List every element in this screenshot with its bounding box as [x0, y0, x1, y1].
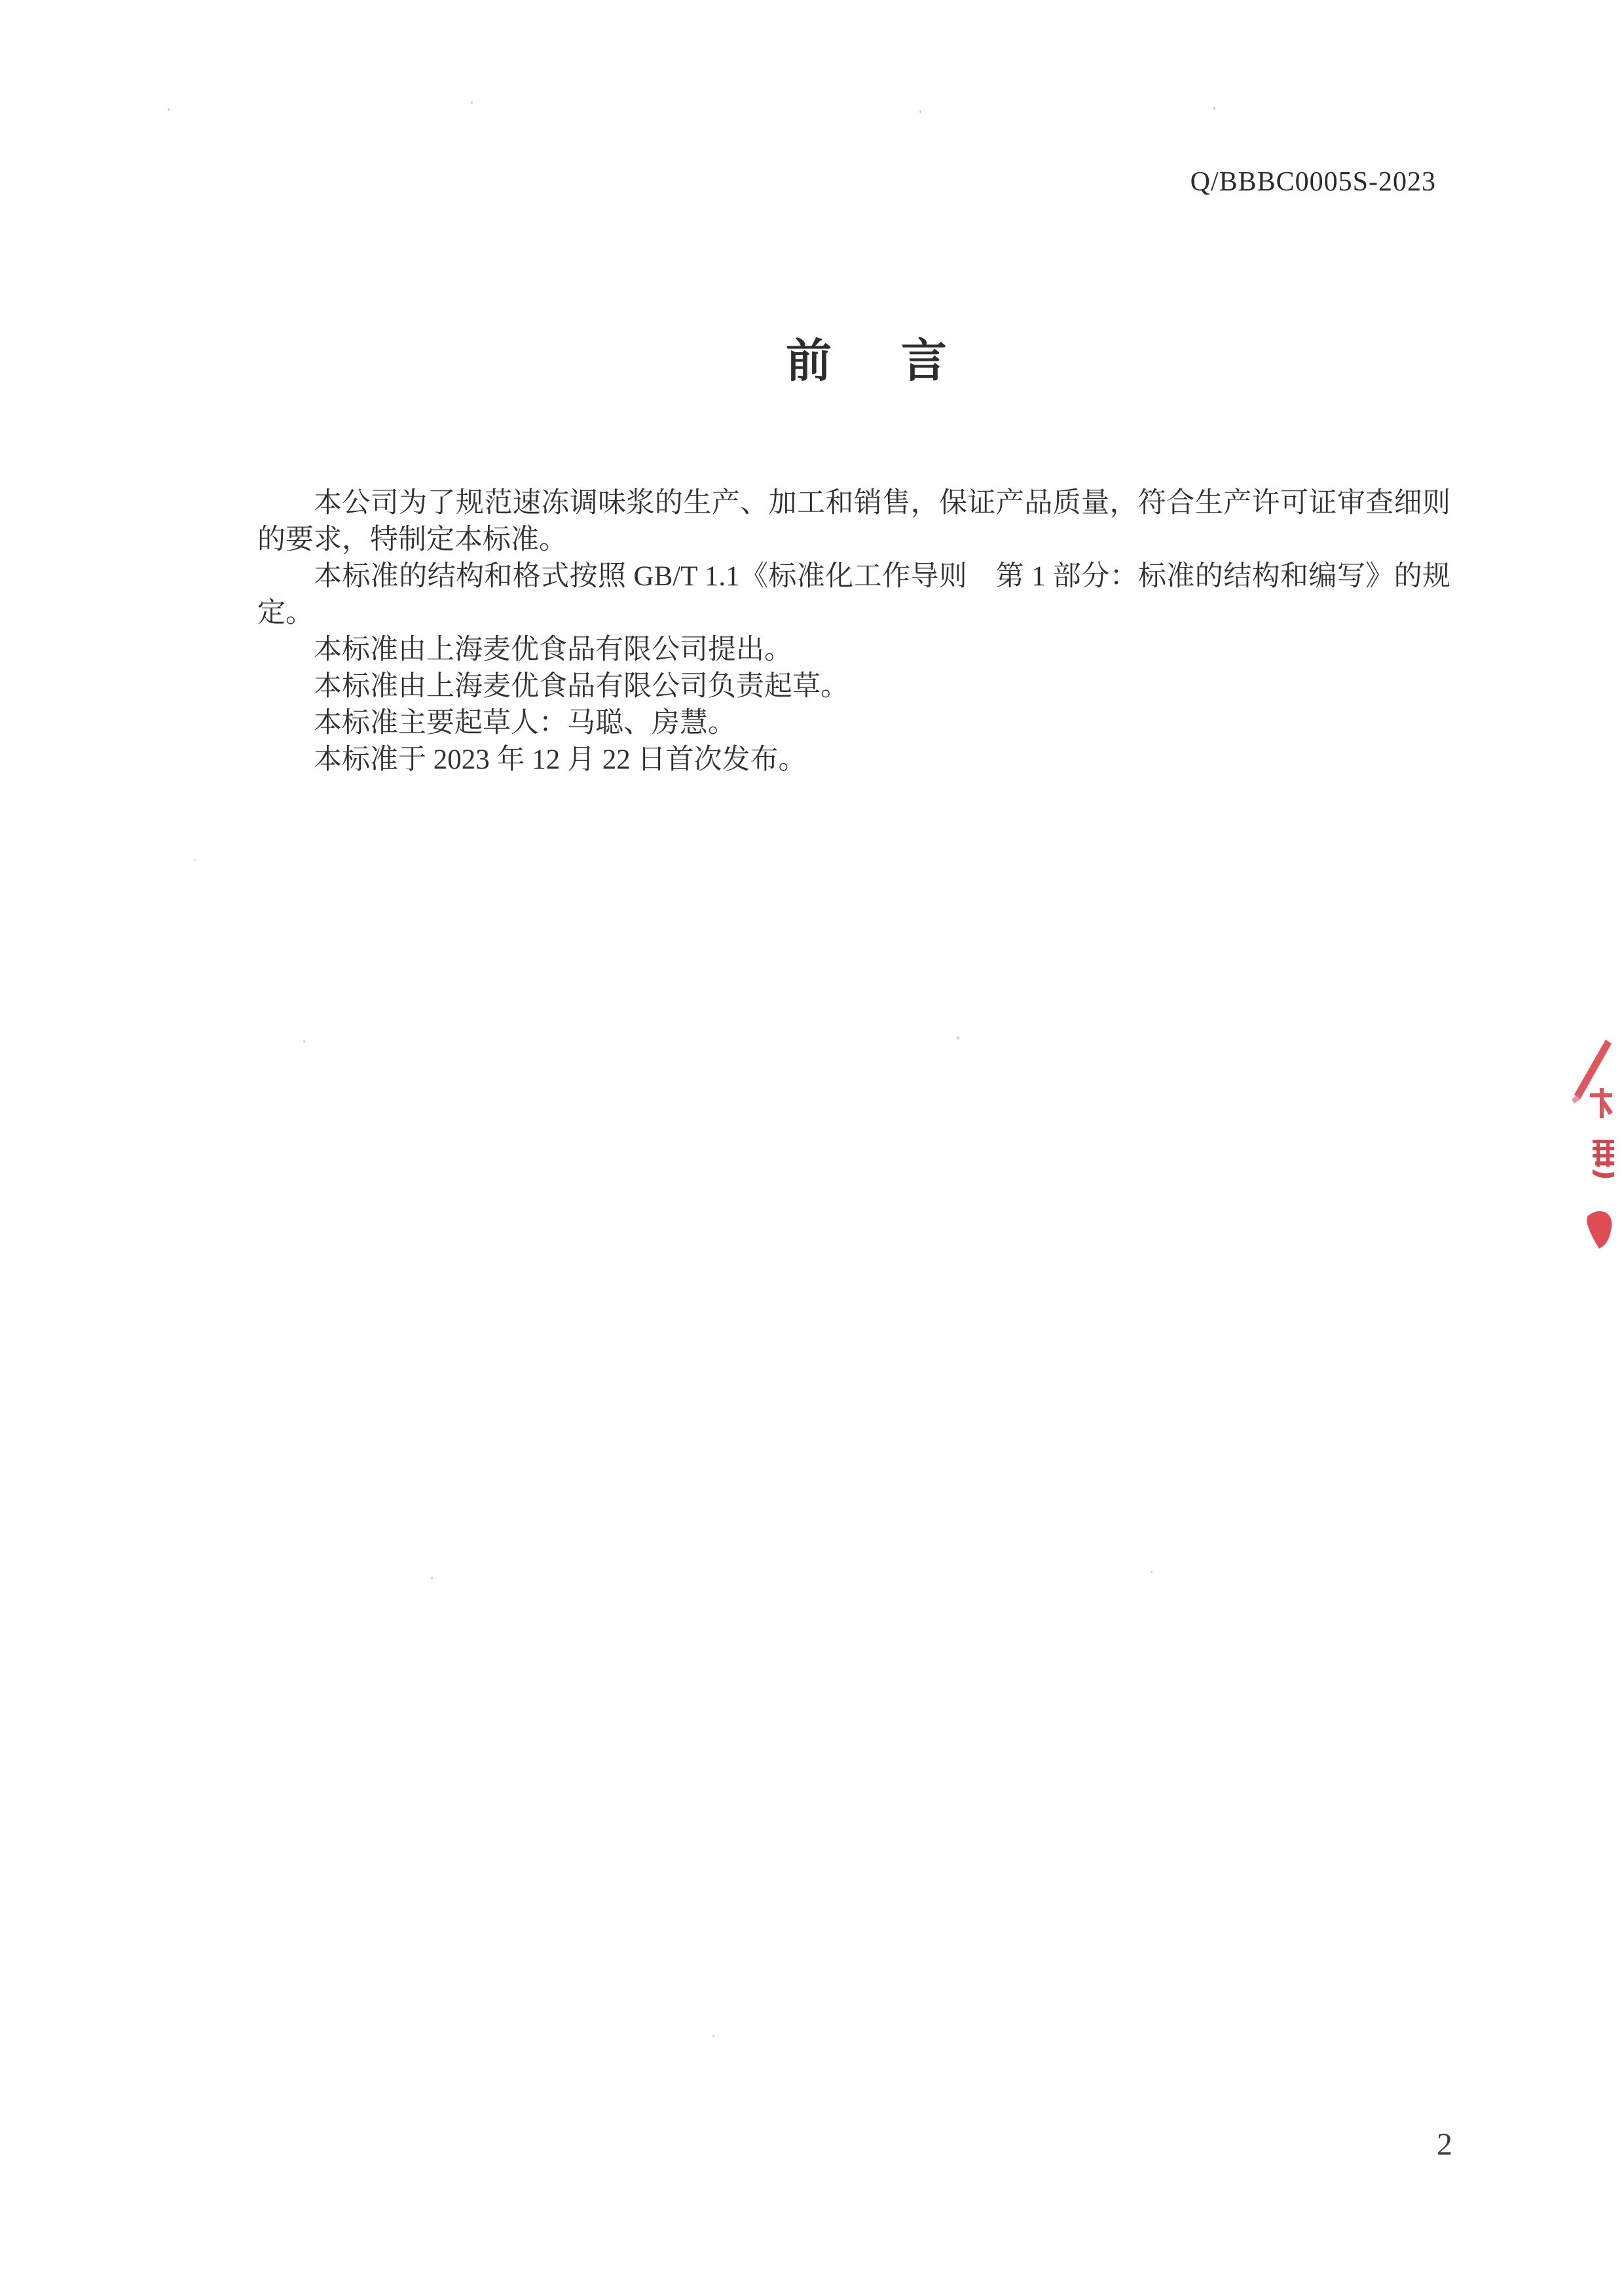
document-page: Q/BBBC0005S-2023 前 言 本公司为了规范速冻调味浆的生产、加工和… — [0, 0, 1624, 2296]
paragraph-drafters: 本标准主要起草人：马聪、房慧。 — [257, 705, 1450, 742]
page-number: 2 — [1437, 2126, 1452, 2162]
paragraph-structure-format: 本标准的结构和格式按照 GB/T 1.1《标准化工作导则 第 1 部分：标准的结… — [257, 558, 1450, 632]
scan-speck — [1213, 107, 1215, 110]
paragraph-drafted-by: 本标准由上海麦优食品有限公司负责起草。 — [257, 668, 1450, 705]
foreword-title-char-2: 言 — [901, 338, 947, 384]
foreword-title: 前 言 — [786, 338, 947, 384]
scan-speck — [957, 1036, 959, 1040]
scan-speck — [919, 110, 921, 113]
foreword-body: 本公司为了规范速冻调味浆的生产、加工和销售，保证产品质量，符合生产许可证审查细则… — [257, 485, 1450, 778]
scan-speck — [431, 1576, 433, 1579]
foreword-title-char-1: 前 — [786, 338, 832, 384]
scan-speck — [712, 2035, 714, 2037]
scan-speck — [1151, 1571, 1153, 1573]
scan-speck — [194, 859, 196, 861]
red-seal-fragment-icon — [1559, 1021, 1624, 1257]
scan-speck — [471, 101, 473, 104]
standard-code: Q/BBBC0005S-2023 — [1190, 166, 1436, 198]
paragraph-scope-purpose: 本公司为了规范速冻调味浆的生产、加工和销售，保证产品质量，符合生产许可证审查细则… — [257, 485, 1450, 558]
paragraph-proposed-by: 本标准由上海麦优食品有限公司提出。 — [257, 632, 1450, 668]
paragraph-release-date: 本标准于 2023 年 12 月 22 日首次发布。 — [257, 742, 1450, 778]
scan-speck — [168, 108, 170, 111]
scan-speck — [303, 1040, 305, 1043]
